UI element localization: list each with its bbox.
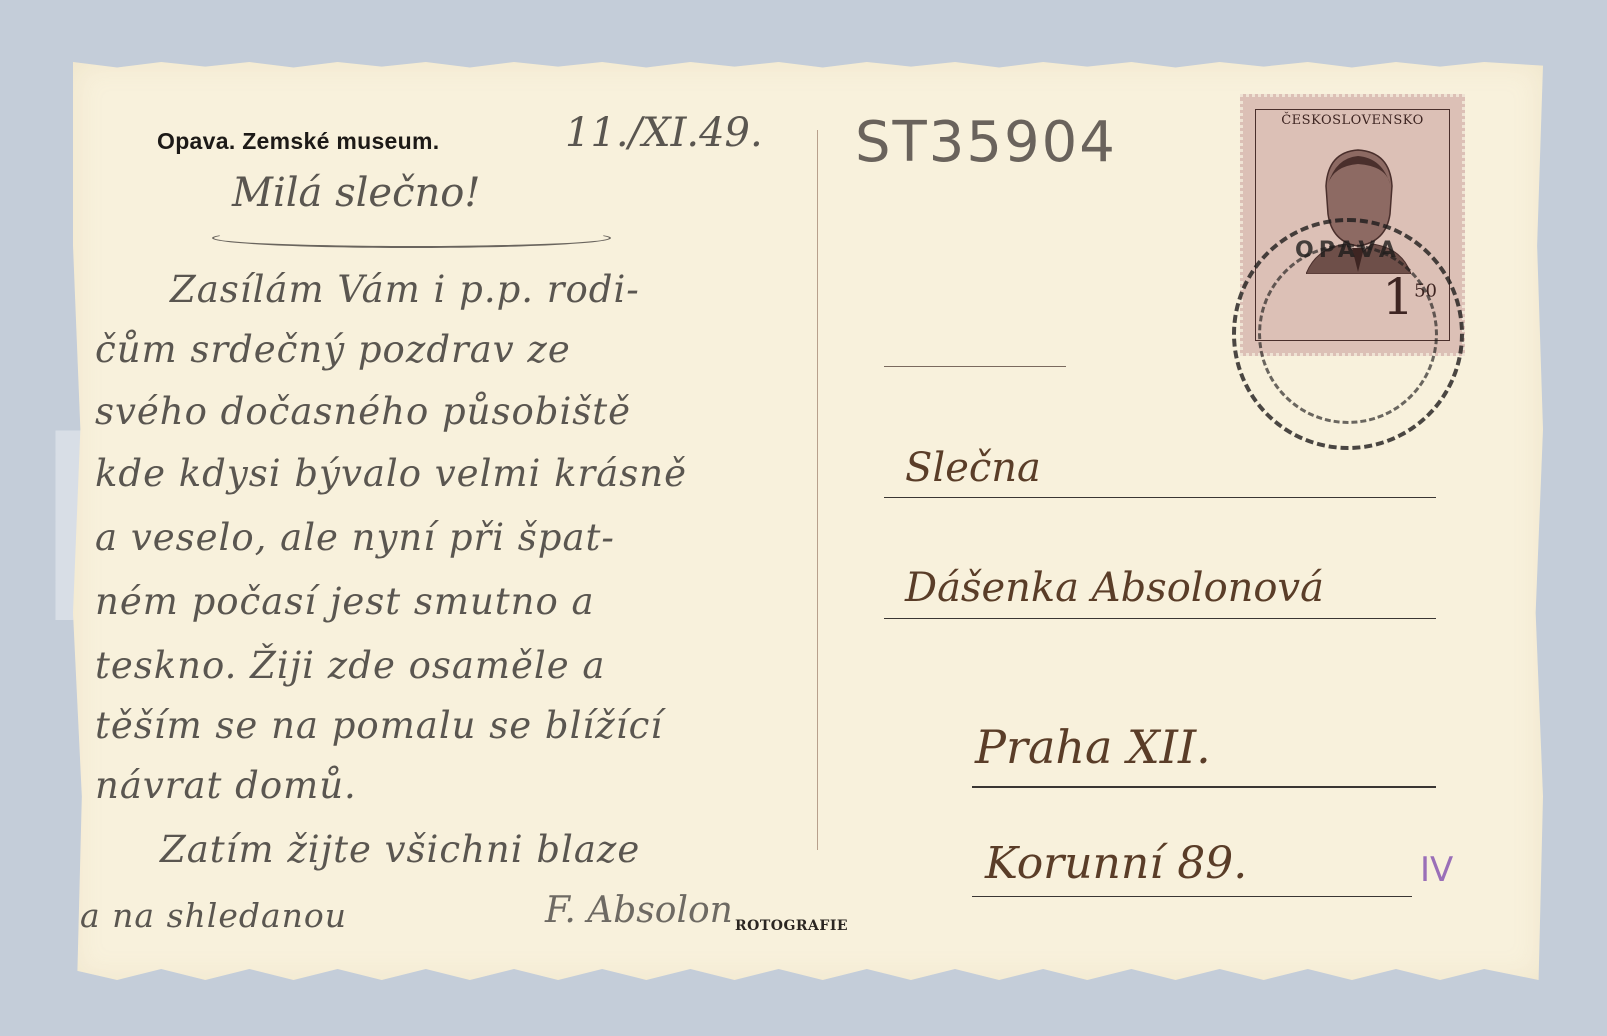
message-line: Zasílám Vám i p.p. rodi-: [170, 268, 640, 311]
printed-title: Opava. Zemské museum.: [157, 128, 439, 155]
message-line: čům srdečný pozdrav ze: [95, 328, 571, 371]
address-line-2: Dášenka Absolonová: [905, 565, 1324, 611]
postmark-text: OPAVA: [1236, 238, 1460, 263]
message-line: návrat domů.: [95, 764, 357, 807]
address-line-3: Praha XII.: [975, 720, 1211, 774]
pencil-mark: IV: [1420, 850, 1453, 890]
greeting-underline: [212, 228, 611, 248]
address-line-4: Korunní 89.: [985, 838, 1247, 889]
address-rule: [972, 896, 1412, 897]
address-line-1: Slečna: [905, 445, 1041, 491]
handwritten-date: 11./XI.49.: [565, 110, 763, 156]
address-rule: [884, 618, 1436, 619]
address-rule: [972, 786, 1436, 788]
postmark: OPAVA: [1232, 218, 1464, 450]
message-line: těším se na pomalu se blížící: [95, 704, 663, 747]
message-line: kde kdysi bývalo velmi krásně: [95, 452, 687, 495]
address-rule: [884, 497, 1436, 498]
message-line: svého dočasného působiště: [95, 390, 631, 433]
stock-number: ST35904: [855, 110, 1117, 175]
signature: F. Absolon: [545, 890, 733, 931]
address-line-short: [884, 366, 1066, 367]
publisher-imprint: ROTOGRAFIE: [735, 918, 848, 934]
card-divider: [817, 130, 818, 850]
postmark-inner-ring: [1258, 244, 1438, 424]
message-line: Zatím žijte všichni blaze: [160, 828, 640, 871]
stamp-country: ČESKOSLOVENSKO: [1256, 113, 1449, 128]
message-line: teskno. Žiji zde osaměle a: [95, 644, 605, 687]
message-line: ném počasí jest smutno a: [95, 580, 595, 623]
message-line: a veselo, ale nyní při špat-: [95, 516, 615, 559]
message-line: a na shledanou: [80, 896, 347, 935]
greeting: Milá slečno!: [232, 170, 480, 216]
